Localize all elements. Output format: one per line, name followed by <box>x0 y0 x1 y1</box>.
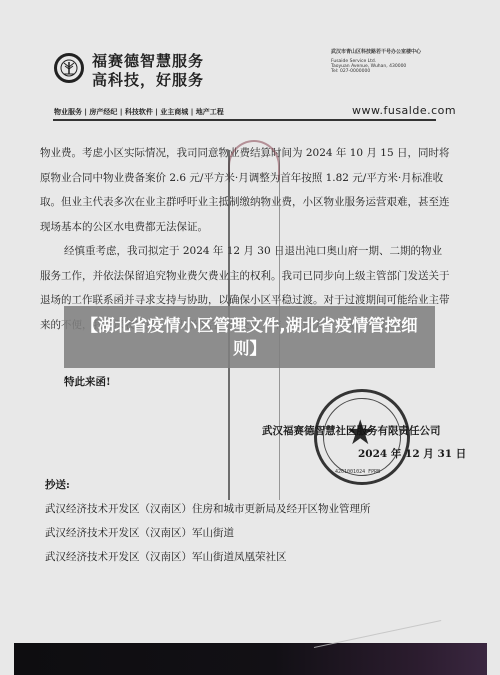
cc-item: 武汉经济技术开发区（汉南区）住房和城市更新局及经开区物业管理所 <box>45 497 371 521</box>
company-seal: ★ 4201001024 FPRB <box>314 389 410 485</box>
contact-address-cn: 武汉市青山区科技路若干号办公室楼中心 <box>331 50 421 55</box>
star-icon: ★ <box>345 416 375 450</box>
closing-line: 特此来函! <box>64 374 111 389</box>
contact-phone: Tel: 027-0000000 <box>331 69 421 74</box>
caption-overlay: 【湖北省疫情小区管理文件,湖北省疫情管控细则】 <box>64 306 435 368</box>
brand-slogan: 高科技，好服务 <box>92 70 204 90</box>
cc-item: 武汉经济技术开发区（汉南区）军山街道凤凰荣社区 <box>45 545 371 569</box>
brand-block: 福赛德智慧服务 高科技，好服务 <box>92 52 204 90</box>
seal-code: 4201001024 FPRB <box>335 469 380 475</box>
scanned-letter-page: 福赛德智慧服务 高科技，好服务 武汉市青山区科技路若干号办公室楼中心 Fusai… <box>0 0 500 675</box>
cc-label: 抄送: <box>45 477 70 492</box>
photo-bottom-edge <box>14 643 487 675</box>
caption-text: 【湖北省疫情小区管理文件,湖北省疫情管控细则】 <box>64 314 435 360</box>
website-url: www.fusalde.com <box>352 104 456 117</box>
services-line: 物业服务 | 房产经纪 | 科技软件 | 业主商城 | 地产工程 <box>54 107 224 117</box>
cc-item: 武汉经济技术开发区（汉南区）军山街道 <box>45 521 371 545</box>
glare-streak <box>314 620 441 648</box>
tree-logo-icon <box>54 53 84 83</box>
header-divider <box>53 119 436 121</box>
cc-list: 武汉经济技术开发区（汉南区）住房和城市更新局及经开区物业管理所 武汉经济技术开发… <box>45 497 371 569</box>
contact-block: 武汉市青山区科技路若干号办公室楼中心 Fusaide Service Ltd. … <box>331 50 421 74</box>
brand-name: 福赛德智慧服务 <box>92 52 204 70</box>
